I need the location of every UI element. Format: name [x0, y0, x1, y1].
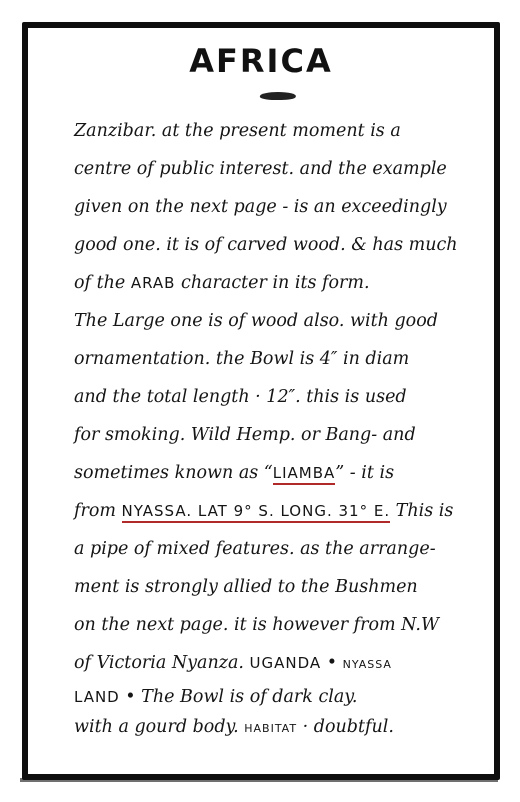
text-fragment: ornamentation. the Bowl is 4″ in diam [74, 349, 409, 369]
caps-text: UGANDA [250, 654, 322, 672]
text-line: of Victoria Nyanza. UGANDA • NYASSA [74, 644, 470, 682]
text-fragment: from [74, 501, 122, 521]
small-caps-text: HABITAT [244, 722, 297, 735]
text-fragment: sometimes known as “ [74, 463, 273, 483]
text-fragment: • [321, 653, 342, 673]
text-line: with a gourd body. HABITAT · doubtful. [74, 712, 470, 742]
text-fragment: Zanzibar. at the present moment is a [74, 121, 401, 141]
text-line: of the ARAB character in its form. [74, 264, 470, 302]
text-line: good one. it is of carved wood. & has mu… [74, 226, 470, 264]
caps-text: LAND [74, 688, 120, 706]
text-fragment: · doubtful. [297, 717, 394, 737]
text-fragment: The Large one is of wood also. with good [74, 311, 438, 331]
text-line: LAND • The Bowl is of dark clay. [74, 682, 470, 712]
text-fragment: given on the next page - is an exceeding… [74, 197, 447, 217]
text-line: Zanzibar. at the present moment is a [74, 112, 470, 150]
caps-text: ARAB [131, 274, 176, 292]
text-fragment: good one. it is of carved wood. & has mu… [74, 235, 458, 255]
text-line: a pipe of mixed features. as the arrange… [74, 530, 470, 568]
text-line: given on the next page - is an exceeding… [74, 188, 470, 226]
text-line: for smoking. Wild Hemp. or Bang- and [74, 416, 470, 454]
underlined-place-name: NYASSA. LAT 9° S. LONG. 31° E. [122, 502, 391, 523]
small-caps-text: NYASSA [343, 658, 392, 671]
text-fragment: for smoking. Wild Hemp. or Bang- and [74, 425, 416, 445]
text-fragment: on the next page. it is however from N.W [74, 615, 439, 635]
text-fragment: of Victoria Nyanza. [74, 653, 250, 673]
text-line: ment is strongly allied to the Bushmen [74, 568, 470, 606]
text-line: ornamentation. the Bowl is 4″ in diam [74, 340, 470, 378]
text-fragment: character in its form. [175, 273, 369, 293]
text-line: from NYASSA. LAT 9° S. LONG. 31° E. This… [74, 492, 470, 530]
text-fragment: with a gourd body. [74, 717, 239, 737]
underlined-place-name: LIAMBA [273, 464, 336, 485]
page-title: AFRICA [28, 42, 494, 80]
handwritten-text-body: Zanzibar. at the present moment is acent… [74, 112, 470, 742]
ink-flourish-icon [259, 92, 298, 100]
text-fragment: a pipe of mixed features. as the arrange… [74, 539, 436, 559]
text-line: sometimes known as “LIAMBA” - it is [74, 454, 470, 492]
text-fragment: ment is strongly allied to the Bushmen [74, 577, 418, 597]
text-fragment: ” - it is [335, 463, 394, 483]
page-frame: AFRICA Zanzibar. at the present moment i… [22, 22, 500, 780]
text-fragment: of the [74, 273, 131, 293]
text-fragment: centre of public interest. and the examp… [74, 159, 447, 179]
text-line: centre of public interest. and the examp… [74, 150, 470, 188]
text-fragment: This is [390, 501, 453, 521]
text-fragment: • The Bowl is of dark clay. [120, 687, 358, 707]
text-fragment: and the total length · 12″. this is used [74, 387, 407, 407]
text-line: The Large one is of wood also. with good [74, 302, 470, 340]
text-line: on the next page. it is however from N.W [74, 606, 470, 644]
text-line: and the total length · 12″. this is used [74, 378, 470, 416]
